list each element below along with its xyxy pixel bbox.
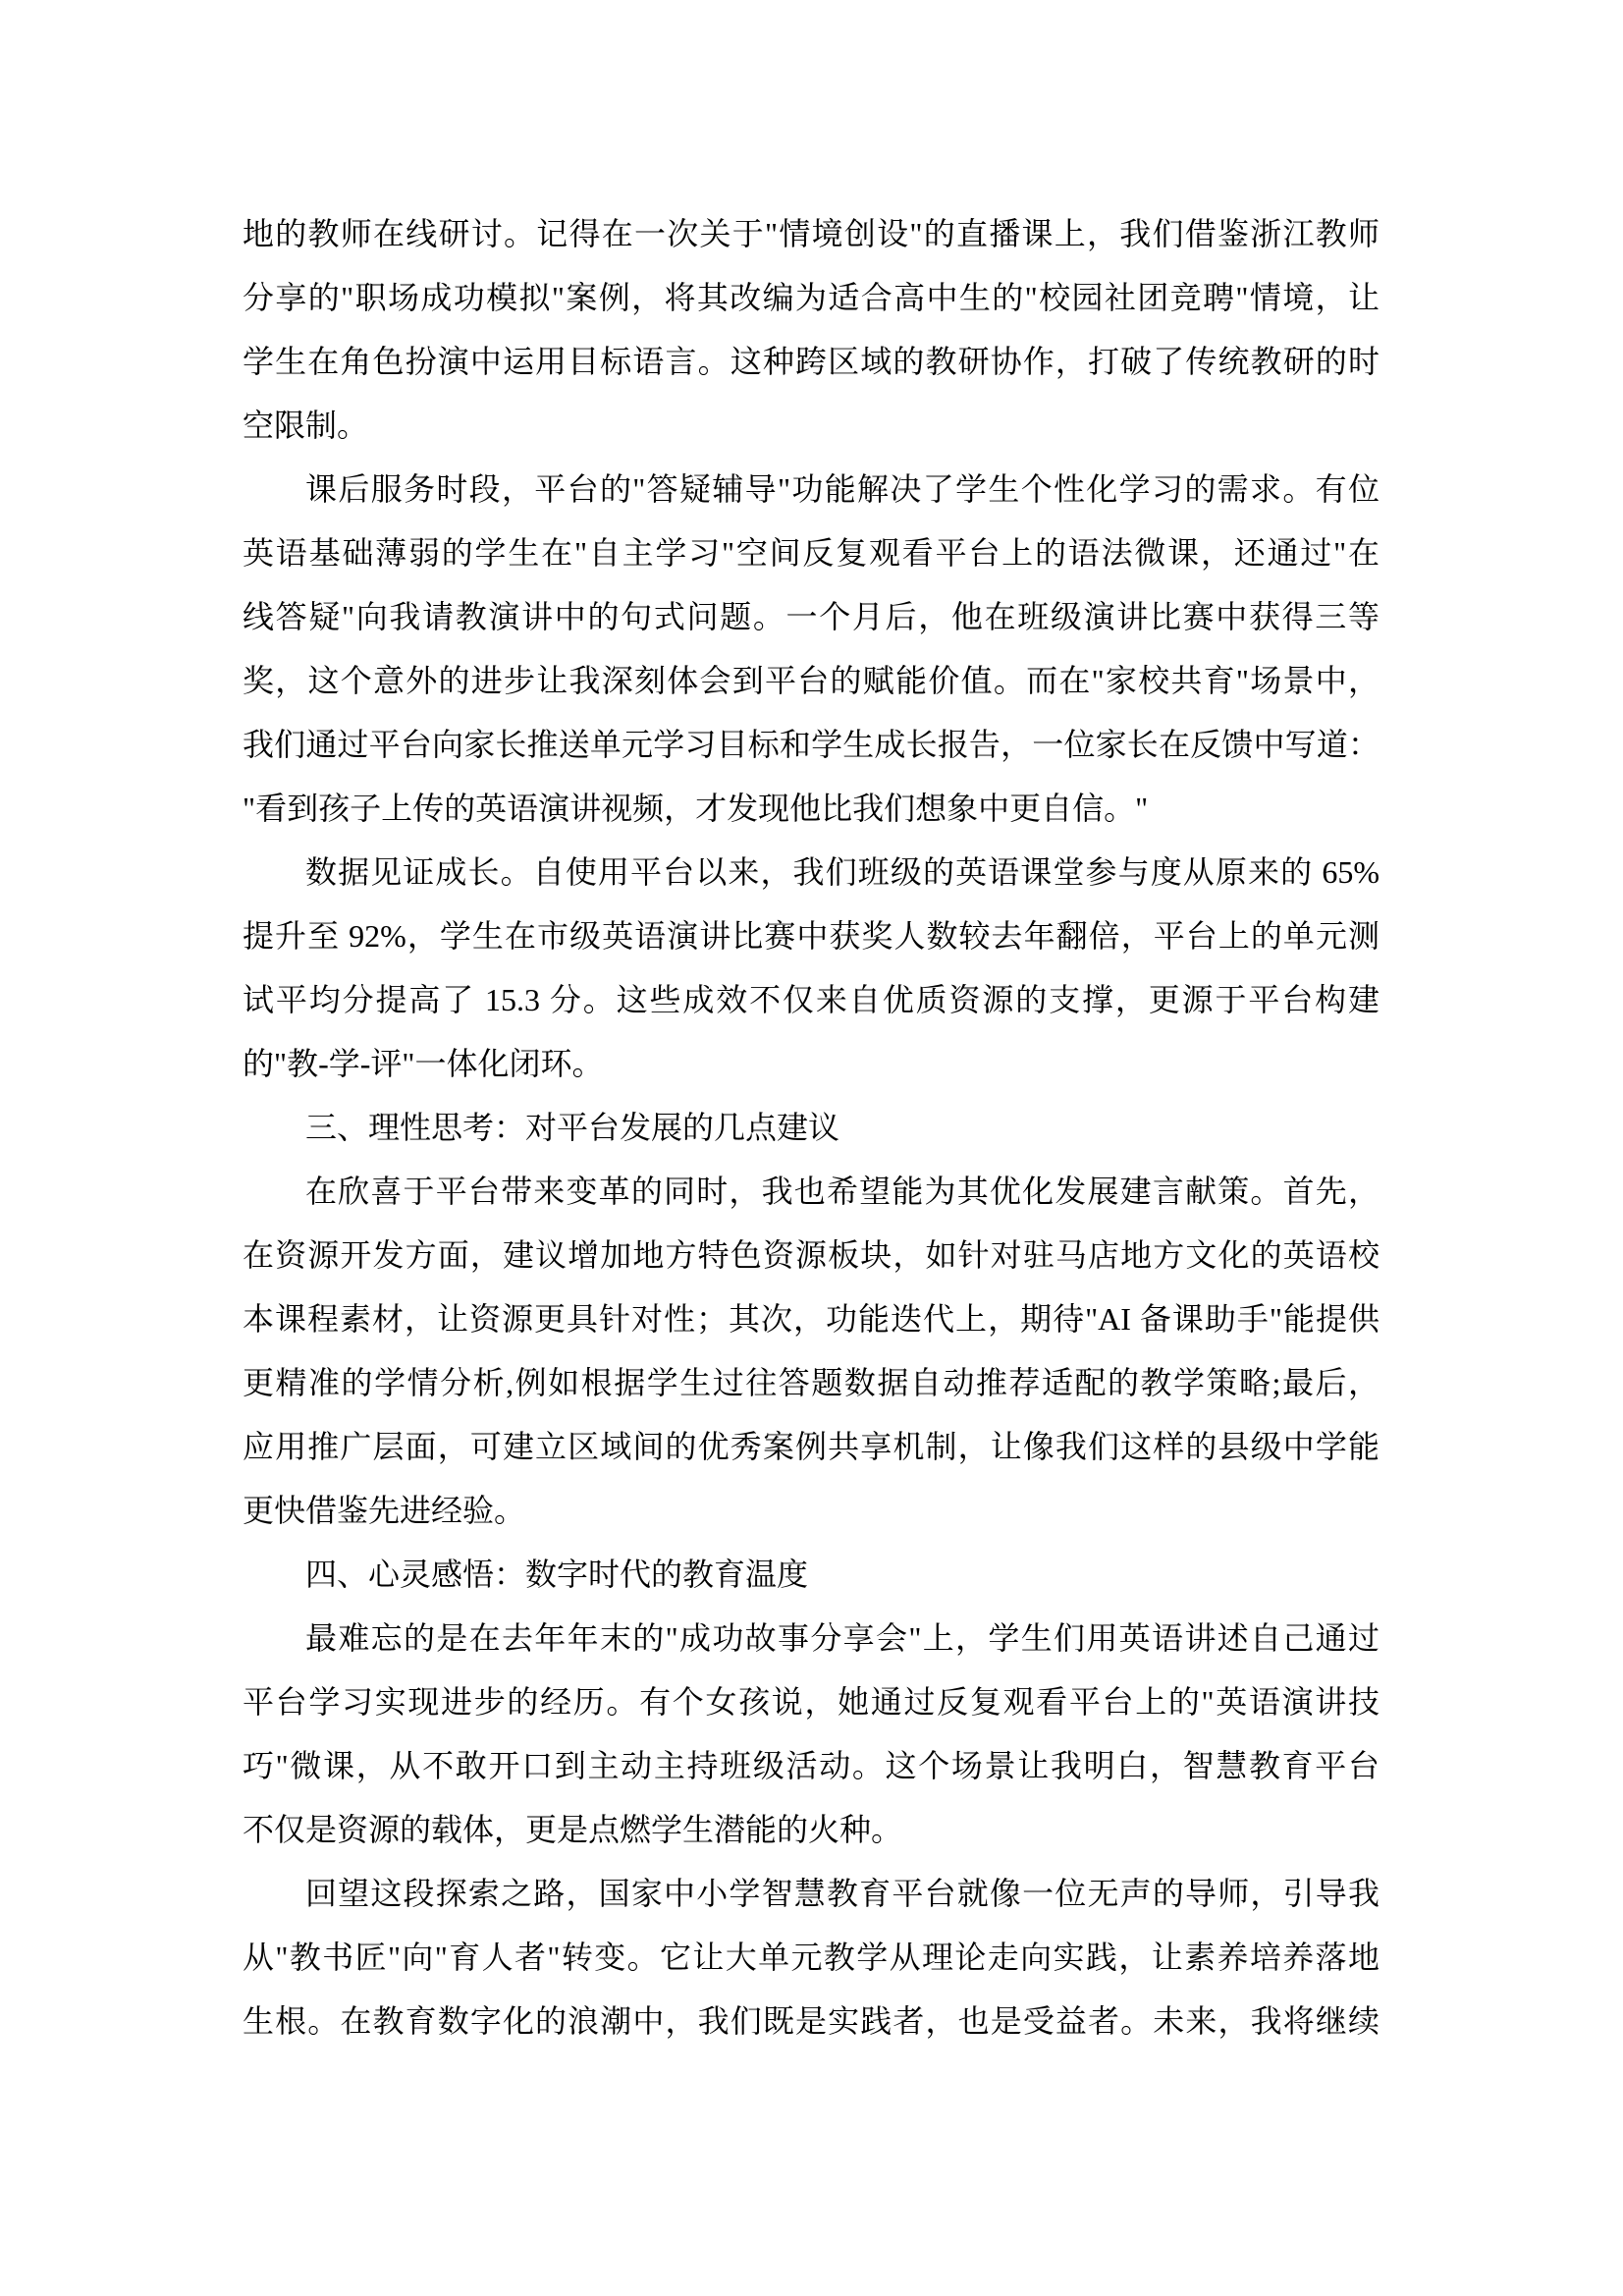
text-line: 英语基础薄弱的学生在"自主学习"空间反复观看平台上的语法微课，还通过"在 <box>243 521 1380 585</box>
text-line: 我们通过平台向家长推送单元学习目标和学生成长报告，一位家长在反馈中写道： <box>243 713 1380 777</box>
text-line: 生根。在教育数字化的浪潮中，我们既是实践者，也是受益者。未来，我将继续 <box>243 1990 1380 2053</box>
text-line: 地的教师在线研讨。记得在一次关于"情境创设"的直播课上，我们借鉴浙江教师 <box>243 202 1380 266</box>
text-line: 本课程素材，让资源更具针对性；其次，功能迭代上，期待"AI 备课助手"能提供 <box>243 1287 1380 1351</box>
text-line: 试平均分提高了 15.3 分。这些成效不仅来自优质资源的支撑，更源于平台构建 <box>243 968 1380 1032</box>
text-line: 的"教-学-评"一体化闭环。 <box>243 1032 1380 1096</box>
text-line: 不仅是资源的载体，更是点燃学生潜能的火种。 <box>243 1798 1380 1862</box>
text-line: 在资源开发方面，建议增加地方特色资源板块，如针对驻马店地方文化的英语校 <box>243 1224 1380 1287</box>
text-line: 巧"微课，从不敢开口到主动主持班级活动。这个场景让我明白，智慧教育平台 <box>243 1734 1380 1798</box>
section-heading: 四、心灵感悟：数字时代的教育温度 <box>243 1543 1380 1607</box>
document-page: 地的教师在线研讨。记得在一次关于"情境创设"的直播课上，我们借鉴浙江教师 分享的… <box>0 0 1623 2296</box>
text-line: 提升至 92%，学生在市级英语演讲比赛中获奖人数较去年翻倍，平台上的单元测 <box>243 904 1380 968</box>
text-line: 在欣喜于平台带来变革的同时，我也希望能为其优化发展建言献策。首先， <box>243 1160 1380 1224</box>
text-line: 更快借鉴先进经验。 <box>243 1479 1380 1543</box>
text-line: 学生在角色扮演中运用目标语言。这种跨区域的教研协作，打破了传统教研的时 <box>243 330 1380 394</box>
text-line: 数据见证成长。自使用平台以来，我们班级的英语课堂参与度从原来的 65% <box>243 841 1380 904</box>
text-line: 从"教书匠"向"育人者"转变。它让大单元教学从理论走向实践，让素养培养落地 <box>243 1926 1380 1990</box>
section-heading: 三、理性思考：对平台发展的几点建议 <box>243 1096 1380 1160</box>
text-line: 空限制。 <box>243 394 1380 458</box>
text-line: 平台学习实现进步的经历。有个女孩说，她通过反复观看平台上的"英语演讲技 <box>243 1670 1380 1734</box>
text-line: 回望这段探索之路，国家中小学智慧教育平台就像一位无声的导师，引导我 <box>243 1862 1380 1926</box>
text-line: 分享的"职场成功模拟"案例，将其改编为适合高中生的"校园社团竞聘"情境，让 <box>243 266 1380 330</box>
text-line: 课后服务时段，平台的"答疑辅导"功能解决了学生个性化学习的需求。有位 <box>243 458 1380 521</box>
text-line: 奖，这个意外的进步让我深刻体会到平台的赋能价值。而在"家校共育"场景中， <box>243 649 1380 713</box>
text-line: 更精准的学情分析,例如根据学生过往答题数据自动推荐适配的教学策略;最后， <box>243 1351 1380 1415</box>
text-line: 应用推广层面，可建立区域间的优秀案例共享机制，让像我们这样的县级中学能 <box>243 1415 1380 1479</box>
text-line: 线答疑"向我请教演讲中的句式问题。一个月后，他在班级演讲比赛中获得三等 <box>243 585 1380 649</box>
document-text: 地的教师在线研讨。记得在一次关于"情境创设"的直播课上，我们借鉴浙江教师 分享的… <box>243 202 1380 2053</box>
text-line: "看到孩子上传的英语演讲视频，才发现他比我们想象中更自信。" <box>243 777 1380 841</box>
text-line: 最难忘的是在去年年末的"成功故事分享会"上，学生们用英语讲述自己通过 <box>243 1607 1380 1670</box>
